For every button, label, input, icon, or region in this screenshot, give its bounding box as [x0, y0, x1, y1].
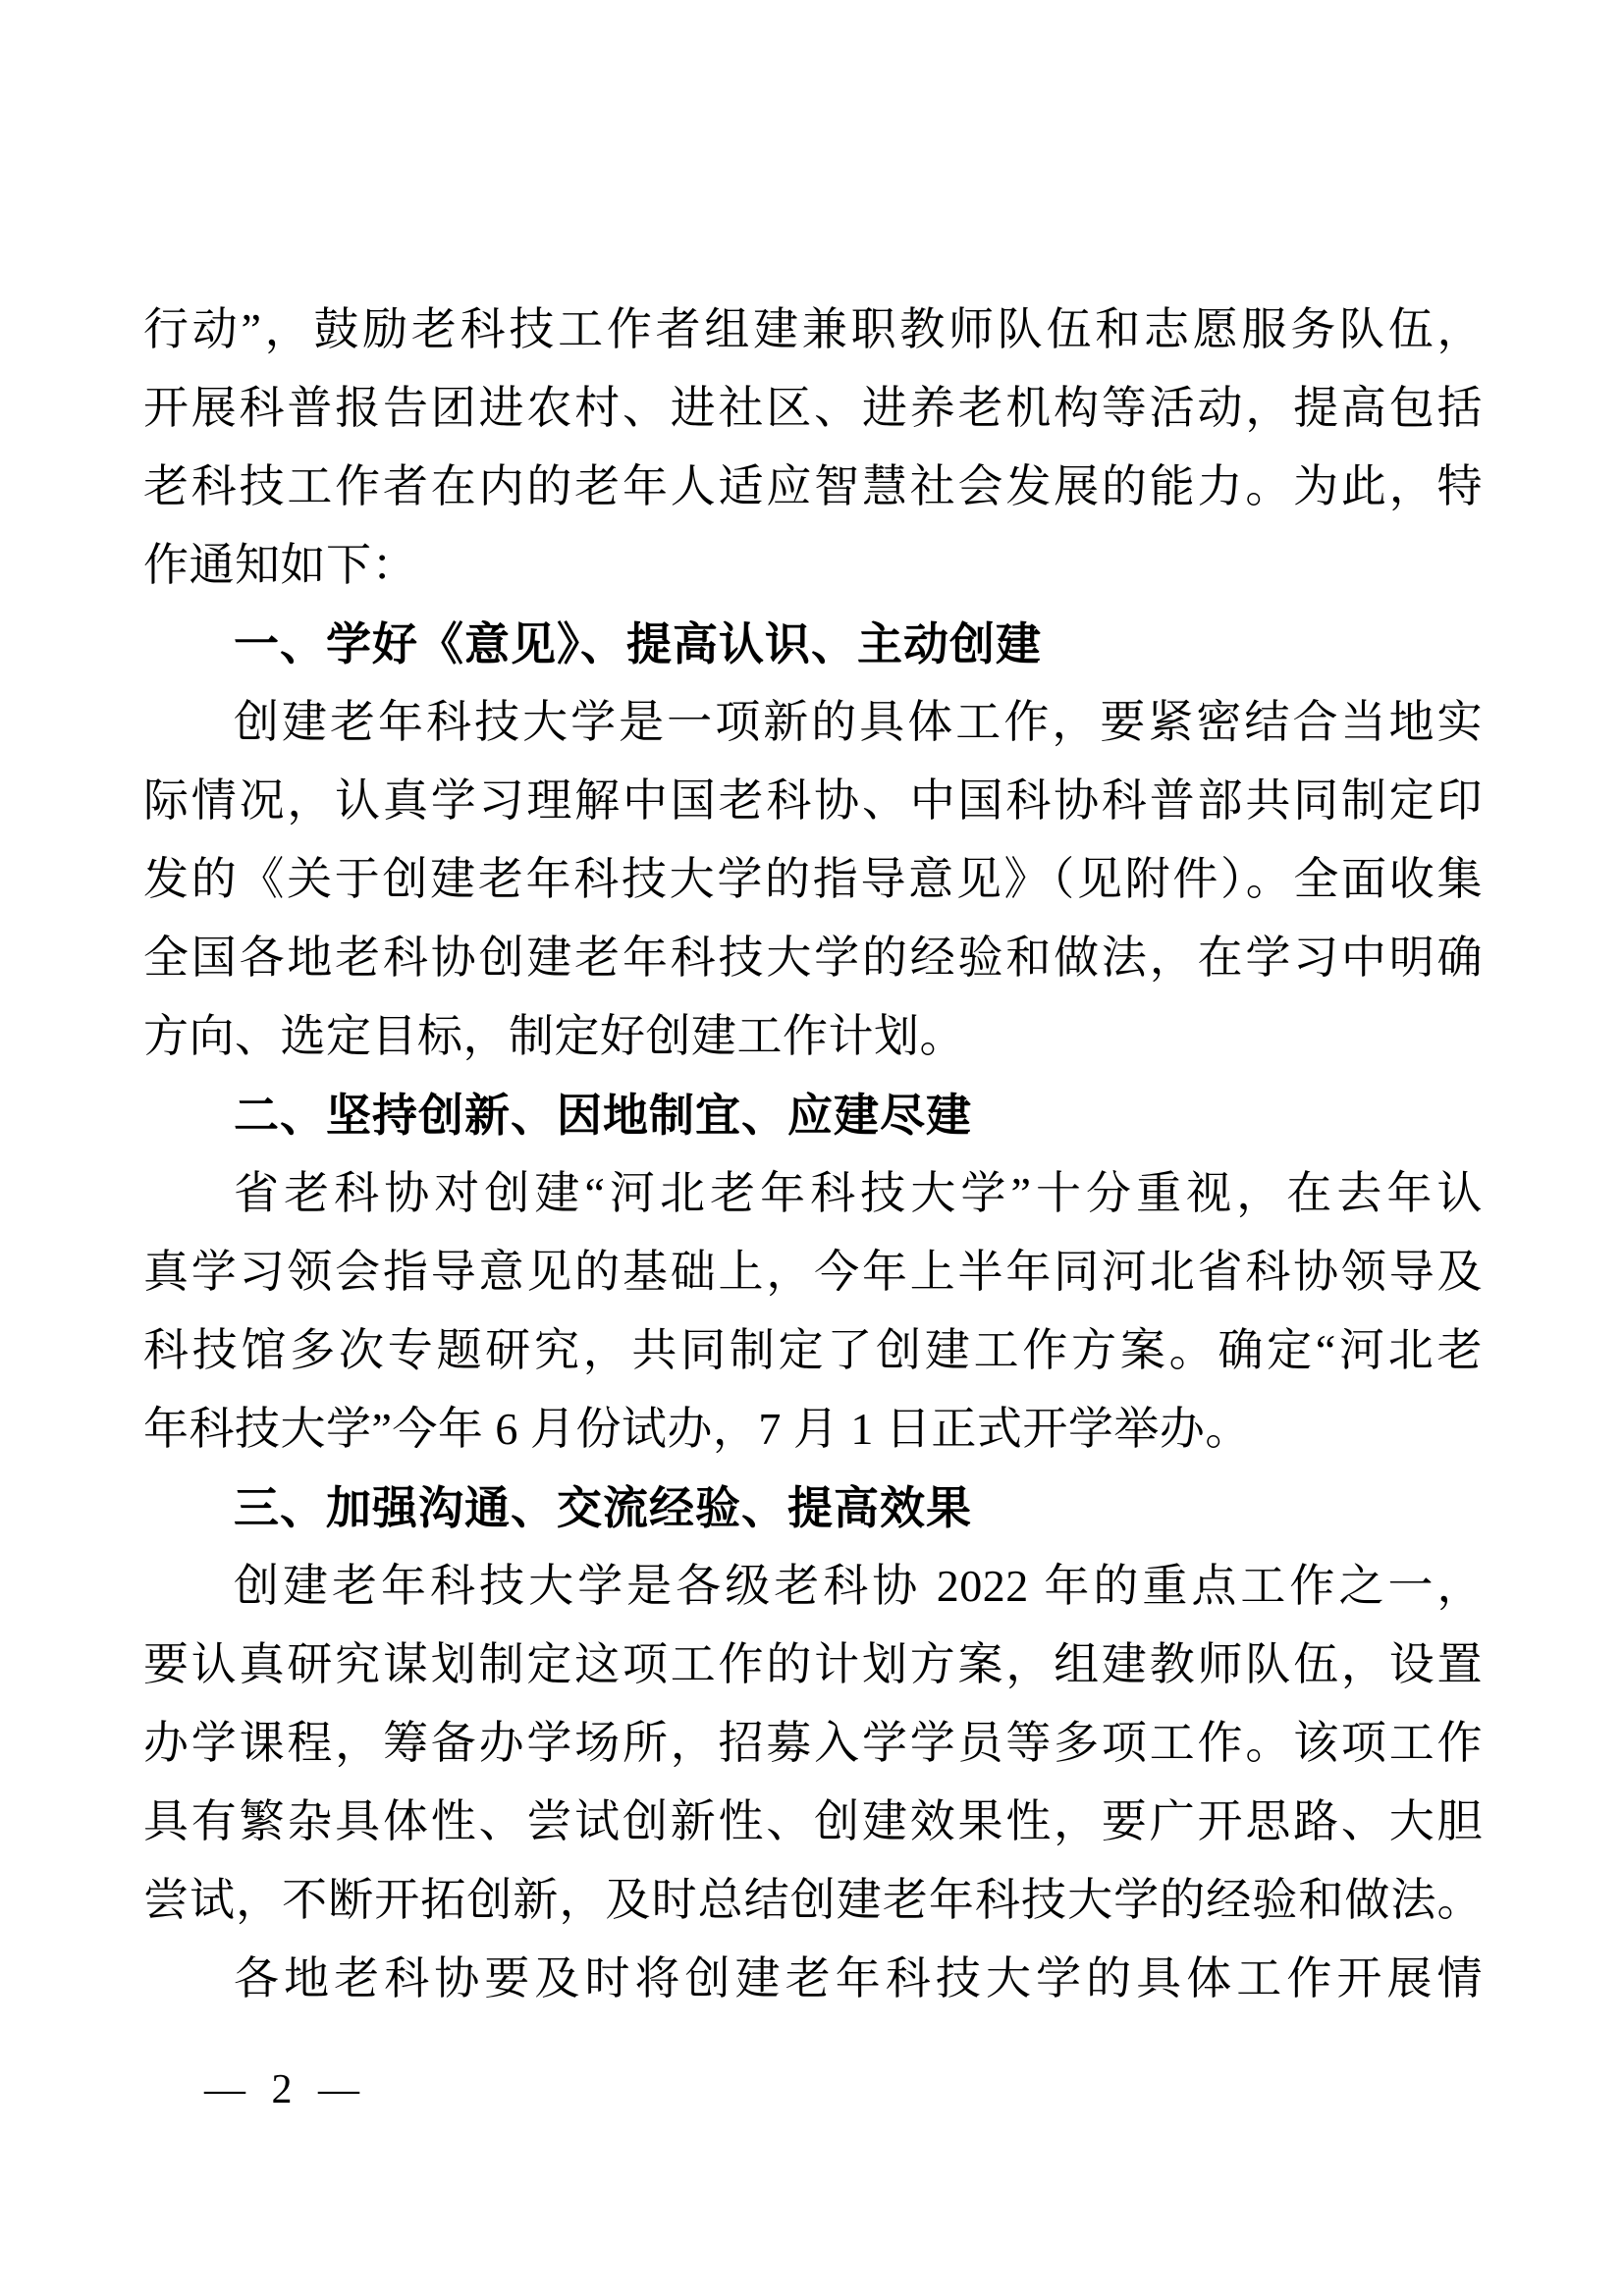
text-line: 作通知如下： [143, 526, 1483, 605]
text-line: 要认真研究谋划制定这项工作的计划方案，组建教师队伍，设置 [143, 1626, 1483, 1704]
text-line: 省老科协对创建“河北老年科技大学”十分重视，在去年认 [143, 1154, 1483, 1233]
text-line: 创建老年科技大学是各级老科协 2022 年的重点工作之一， [143, 1547, 1483, 1626]
text-line: 具有繁杂具体性、尝试创新性、创建效果性，要广开思路、大胆 [143, 1783, 1483, 1861]
text-line: 老科技工作者在内的老年人适应智慧社会发展的能力。为此，特 [143, 448, 1483, 526]
text-line: 方向、选定目标，制定好创建工作计划。 [143, 997, 1483, 1076]
section-heading: 三、加强沟通、交流经验、提高效果 [143, 1468, 1483, 1547]
text-line: 办学课程，筹备办学场所，招募入学学员等多项工作。该项工作 [143, 1704, 1483, 1783]
section-heading: 二、坚持创新、因地制宜、应建尽建 [143, 1076, 1483, 1154]
text-line: 各地老科协要及时将创建老年科技大学的具体工作开展情 [143, 1940, 1483, 2018]
text-line: 行动”，鼓励老科技工作者组建兼职教师队伍和志愿服务队伍， [143, 291, 1483, 369]
document-page: 行动”，鼓励老科技工作者组建兼职教师队伍和志愿服务队伍，开展科普报告团进农村、进… [0, 0, 1624, 2296]
text-line: 科技馆多次专题研究，共同制定了创建工作方案。确定“河北老 [143, 1311, 1483, 1390]
section-heading: 一、学好《意见》、提高认识、主动创建 [143, 605, 1483, 683]
text-line: 发的《关于创建老年科技大学的指导意见》（见附件）。全面收集 [143, 840, 1483, 919]
text-line: 年科技大学”今年 6 月份试办，7 月 1 日正式开学举办。 [143, 1390, 1483, 1468]
text-line: 真学习领会指导意见的基础上，今年上半年同河北省科协领导及 [143, 1233, 1483, 1311]
text-line: 际情况，认真学习理解中国老科协、中国科协科普部共同制定印 [143, 762, 1483, 840]
text-line: 创建老年科技大学是一项新的具体工作，要紧密结合当地实 [143, 683, 1483, 762]
text-line: 开展科普报告团进农村、进社区、进养老机构等活动，提高包括 [143, 369, 1483, 448]
page-number: — 2 — [204, 2065, 367, 2114]
text-line: 全国各地老科协创建老年科技大学的经验和做法，在学习中明确 [143, 919, 1483, 997]
text-line: 尝试，不断开拓创新，及时总结创建老年科技大学的经验和做法。 [143, 1861, 1483, 1940]
document-body: 行动”，鼓励老科技工作者组建兼职教师队伍和志愿服务队伍，开展科普报告团进农村、进… [143, 291, 1483, 2018]
